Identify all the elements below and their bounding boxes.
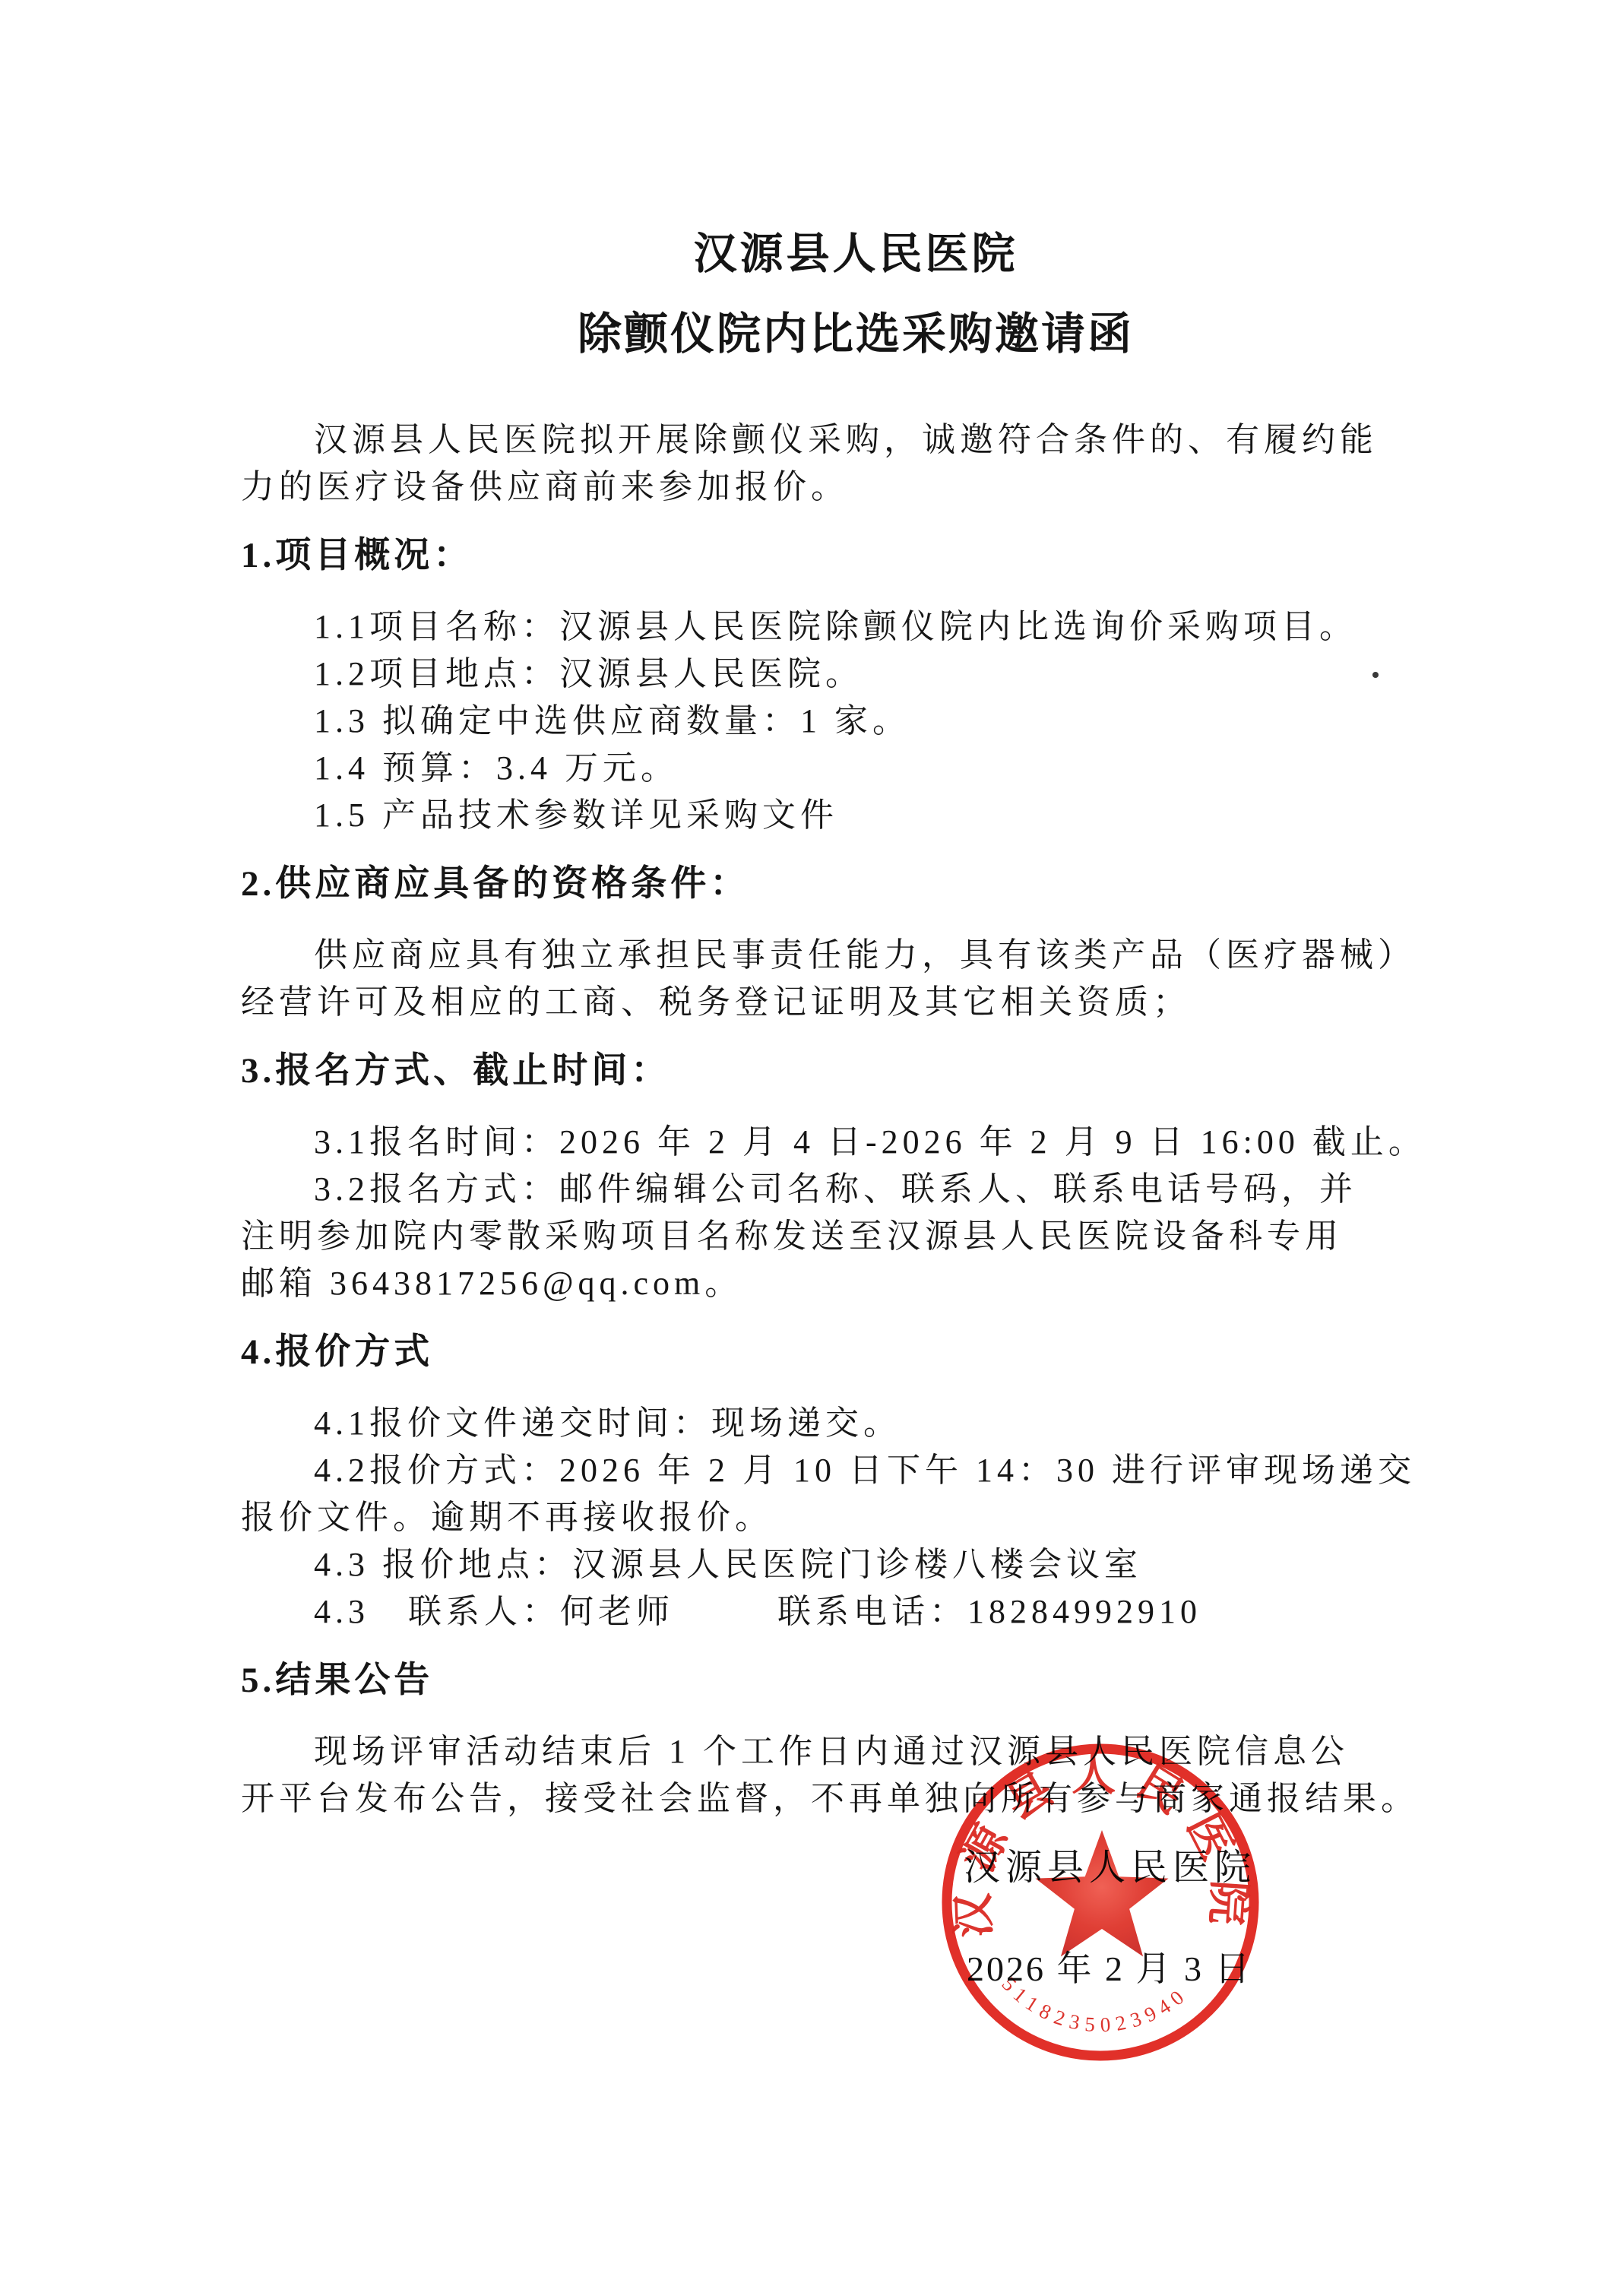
text-line: 汉源县人民医院拟开展除颤仪采购，诚邀符合条件的、有履约能 [241,418,1378,462]
document-title: 汉源县人民医院 [0,219,1624,281]
text-line: 1.4 预算：3.4 万元。 [241,746,679,790]
text-line: 力的医疗设备供应商前来参加报价。 [241,465,849,509]
stray-dot-mark [1372,672,1379,678]
text-line: 1.5 产品技术参数详见采购文件 [241,793,838,838]
text-line: 报价文件。逾期不再接收报价。 [241,1496,773,1540]
text-line: 1.3 拟确定中选供应商数量：1 家。 [241,699,910,743]
document-page: 汉源县人民医院 除颤仪院内比选采购邀请函 汉源县人民医院拟开展除颤仪采购，诚邀符… [0,0,1624,2280]
text-line: 2.供应商应具备的资格条件： [241,862,749,906]
text-line: 4.报价方式 [241,1330,433,1374]
document-subtitle: 除颤仪院内比选采购邀请函 [0,298,1624,362]
text-line: 3.报名方式、截止时间： [241,1049,670,1093]
seal-star-icon [1036,1830,1169,1956]
text-line: 1.2项目地点：汉源县人民医院。 [241,652,863,696]
text-line: 4.1报价文件递交时间：现场递交。 [241,1401,901,1446]
text-line: 经营许可及相应的工商、税务登记证明及其它相关资质； [241,980,1191,1024]
text-line: 1.1项目名称：汉源县人民医院除颤仪院内比选询价采购项目。 [241,605,1357,649]
text-line: 4.3 报价地点：汉源县人民医院门诊楼八楼会议室 [241,1543,1142,1587]
text-line: 4.3 联系人：何老师 联系电话：18284992910 [241,1590,1201,1634]
text-line: 邮箱 3643817256@qq.com。 [241,1262,742,1306]
text-line: 4.2报价方式：2026 年 2 月 10 日下午 14：30 进行评审现场递交 [241,1449,1416,1493]
official-seal: 汉源县人民医院 5118235023940 [922,1724,1279,2081]
seal-code: 5118235023940 [998,1972,1193,2036]
text-line: 3.1报名时间：2026 年 2 月 4 日-2026 年 2 月 9 日 16… [241,1120,1426,1164]
text-line: 注明参加院内零散采购项目名称发送至汉源县人民医院设备科专用 [241,1214,1343,1259]
text-line: 1.项目概况： [241,534,473,578]
text-line: 供应商应具有独立承担民事责任能力，具有该类产品（医疗器械） [241,933,1416,977]
text-line: 3.2报名方式：邮件编辑公司名称、联系人、联系电话号码，并 [241,1167,1357,1211]
text-line: 5.结果公告 [241,1658,433,1702]
